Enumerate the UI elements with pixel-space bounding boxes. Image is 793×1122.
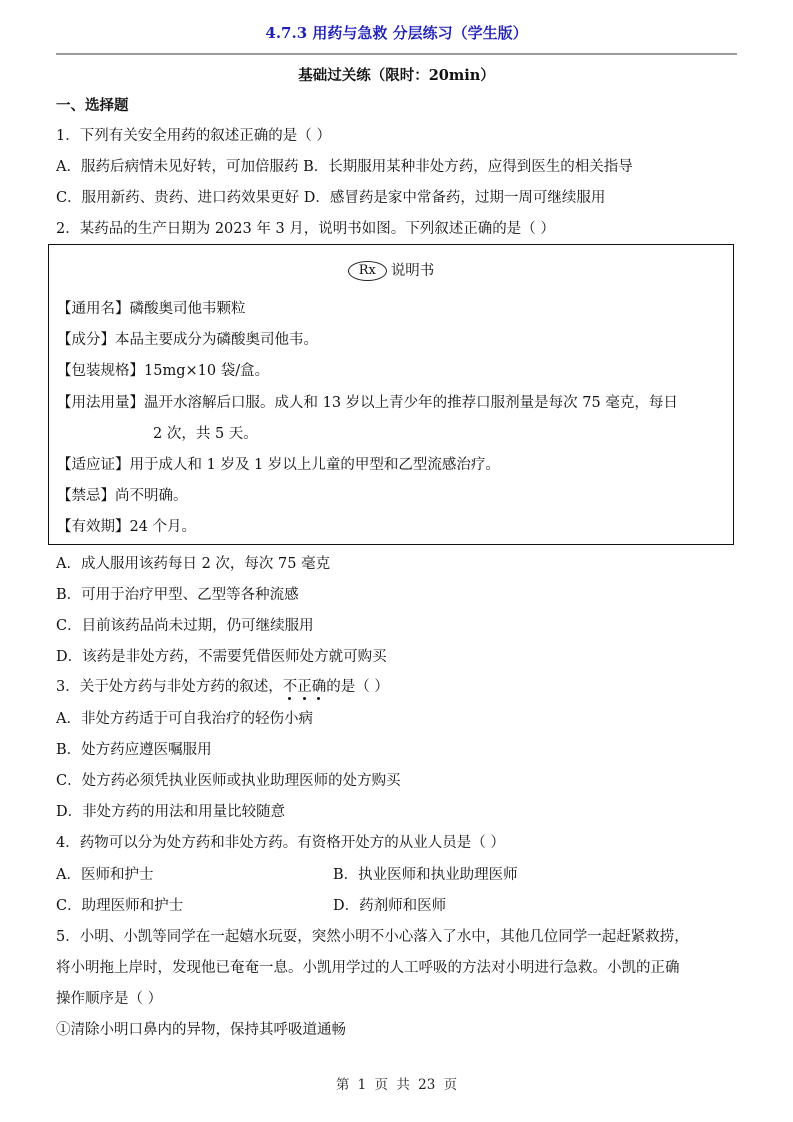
- label-row-indications: 【适应证】用于成人和 1 岁及 1 岁以上儿童的甲型和乙型流感治疗。: [57, 453, 500, 474]
- question-3-option-c: C．处方药必须凭执业医师或执业助理医师的处方购买: [56, 771, 401, 791]
- question-4-option-b: B．执业医师和执业助理医师: [333, 865, 518, 885]
- section-heading: 一、选择题: [56, 94, 129, 115]
- emphasis-char: 不: [283, 679, 298, 695]
- label-row-dosage: 【用法用量】温开水溶解后口服。成人和 13 岁以上青少年的推荐口服剂量是每次 7…: [57, 391, 678, 412]
- label-row-dosage-cont: 2 次，共 5 天。: [153, 422, 258, 443]
- emphasis-char: 正: [297, 679, 312, 695]
- label-row-packaging: 【包装规格】15mg×10 袋/盒。: [57, 359, 269, 380]
- label-row-contraindications: 【禁忌】尚不明确。: [57, 484, 188, 505]
- question-4-option-c: C．助理医师和护士: [56, 896, 183, 916]
- question-5-stem-line-2: 将小明拖上岸时，发现他已奄奄一息。小凯用学过的人工呼吸的方法对小明进行急救。小凯…: [56, 958, 680, 978]
- question-4-stem: 4．药物可以分为处方药和非处方药。有资格开处方的从业人员是（ ）: [56, 833, 505, 853]
- drug-label-header: Rx说明书: [49, 259, 733, 281]
- question-3-stem-after: 的是（ ）: [326, 679, 389, 695]
- question-2-option-b: B．可用于治疗甲型、乙型等各种流感: [56, 585, 299, 605]
- label-row-ingredients: 【成分】本品主要成分为磷酸奥司他韦。: [57, 328, 318, 349]
- emphasis-char: 确: [312, 679, 327, 695]
- label-row-generic-name: 【通用名】磷酸奥司他韦颗粒: [57, 297, 246, 318]
- question-5-stem-line-1: 5．小明、小凯等同学在一起嬉水玩耍，突然小明不小心落入了水中，其他几位同学一起赶…: [56, 927, 689, 947]
- question-3-option-d: D．非处方药的用法和用量比较随意: [56, 802, 285, 822]
- document-title: 4.7.3 用药与急救 分层练习（学生版）: [0, 22, 793, 43]
- header-divider: [56, 53, 737, 55]
- question-4-option-a: A．医师和护士: [56, 865, 153, 885]
- question-3-option-a: A．非处方药适于可自我治疗的轻伤小病: [56, 709, 313, 729]
- question-2-stem: 2．某药品的生产日期为 2023 年 3 月，说明书如图。下列叙述正确的是（ ）: [56, 219, 555, 239]
- question-5-stem-line-3: 操作顺序是（ ）: [56, 989, 162, 1009]
- question-1-options-row-1: A．服药后病情未见好转，可加倍服药 B．长期服用某种非处方药，应得到医生的相关指…: [56, 157, 633, 177]
- question-2-option-c: C．目前该药品尚未过期，仍可继续服用: [56, 616, 314, 636]
- question-3-stem: 3．关于处方药与非处方药的叙述，不正确的是（ ）: [56, 677, 389, 697]
- question-1-options-row-2: C．服用新药、贵药、进口药效果更好 D．感冒药是家中常备药，过期一周可继续服用: [56, 188, 605, 208]
- drug-label-box: Rx说明书 【通用名】磷酸奥司他韦颗粒 【成分】本品主要成分为磷酸奥司他韦。 【…: [48, 244, 734, 545]
- label-row-expiry: 【有效期】24 个月。: [57, 515, 196, 536]
- question-2-option-d: D．该药是非处方药，不需要凭借医师处方就可购买: [56, 647, 387, 667]
- section-subtitle: 基础过关练（限时：20min）: [0, 64, 793, 85]
- page-indicator: 第 1 页 共 23 页: [0, 1073, 793, 1093]
- question-3-stem-before: 3．关于处方药与非处方药的叙述，: [56, 679, 283, 695]
- question-3-option-b: B．处方药应遵医嘱服用: [56, 740, 212, 760]
- question-2-option-a: A．成人服用该药每日 2 次，每次 75 毫克: [56, 554, 330, 574]
- question-5-step-1: ①清除小明口鼻内的异物，保持其呼吸道通畅: [56, 1020, 346, 1040]
- question-4-option-d: D．药剂师和医师: [333, 896, 446, 916]
- drug-label-title: 说明书: [391, 263, 435, 279]
- rx-symbol-icon: Rx: [348, 261, 387, 281]
- question-1-stem: 1．下列有关安全用药的叙述正确的是（ ）: [56, 126, 331, 146]
